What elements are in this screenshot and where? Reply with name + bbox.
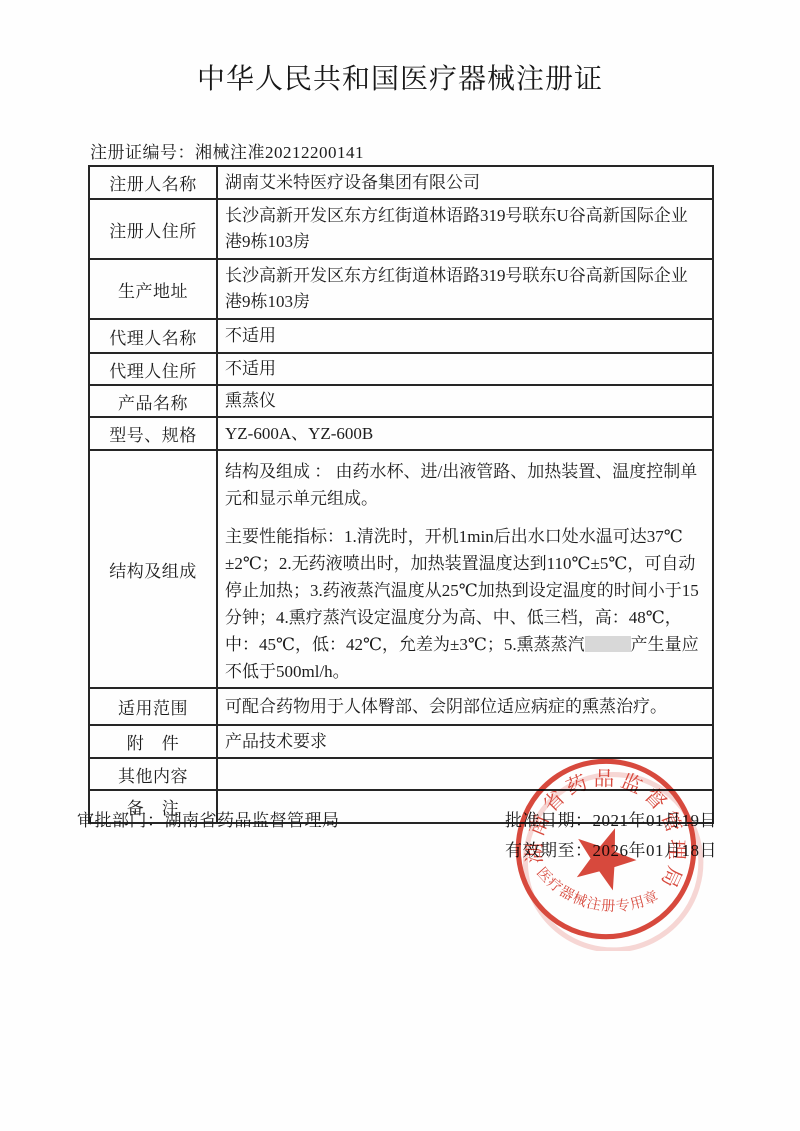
- table-row: 注册人住所 长沙高新开发区东方红街道林语路319号联东U谷高新国际企业港9栋10…: [89, 199, 713, 259]
- row-value: 不适用: [217, 319, 713, 353]
- table-row: 生产地址 长沙高新开发区东方红街道林语路319号联东U谷高新国际企业港9栋103…: [89, 259, 713, 319]
- table-row: 代理人名称 不适用: [89, 319, 713, 353]
- performance-text-before: 主要性能指标：1.清洗时，开机1min后出水口处水温可达37℃±2℃；2.无药液…: [225, 527, 699, 654]
- registration-number-label: 注册证编号：: [90, 143, 195, 162]
- table-row: 产品名称 熏蒸仪: [89, 385, 713, 417]
- table-row-structure: 结构及组成 结构及组成 ： 由药水杯、进/出液管路、加热装置、温度控制单元和显示…: [89, 450, 713, 688]
- registration-number-line: 注册证编号：湘械注准20212200141: [90, 138, 364, 163]
- row-label: 适用范围: [89, 688, 217, 725]
- structure-paragraph: 结构及组成 ： 由药水杯、进/出液管路、加热装置、温度控制单元和显示单元组成。: [225, 458, 702, 512]
- row-value: 产品技术要求: [217, 725, 713, 758]
- row-label: 注册人住所: [89, 199, 217, 259]
- valid-until-date: 有效期至：2026年01月18日: [505, 836, 717, 866]
- row-label: 结构及组成: [89, 450, 217, 688]
- row-label: 注册人名称: [89, 166, 217, 199]
- row-value: 长沙高新开发区东方红街道林语路319号联东U谷高新国际企业港9栋103房: [217, 259, 713, 319]
- row-label: 代理人名称: [89, 319, 217, 353]
- certificate-table: 注册人名称 湖南艾米特医疗设备集团有限公司 注册人住所 长沙高新开发区东方红街道…: [88, 165, 714, 824]
- row-label: 代理人住所: [89, 353, 217, 385]
- table-row: 注册人名称 湖南艾米特医疗设备集团有限公司: [89, 166, 713, 199]
- row-label: 型号、规格: [89, 417, 217, 450]
- approval-department-label: 审批部门：: [77, 811, 165, 830]
- row-value: 熏蒸仪: [217, 385, 713, 417]
- table-row: 适用范围 可配合药物用于人体臀部、会阴部位适应病症的熏蒸治疗。: [89, 688, 713, 725]
- table-row: 其他内容: [89, 758, 713, 790]
- row-label: 生产地址: [89, 259, 217, 319]
- valid-until-value: 2026年01月18日: [593, 841, 718, 860]
- row-value: 湖南艾米特医疗设备集团有限公司: [217, 166, 713, 199]
- approval-department-value: 湖南省药品监督管理局: [165, 811, 340, 830]
- row-value: YZ-600A、YZ-600B: [217, 417, 713, 450]
- row-value: 可配合药物用于人体臀部、会阴部位适应病症的熏蒸治疗。: [217, 688, 713, 725]
- row-value: 不适用: [217, 353, 713, 385]
- approval-date: 批准日期：2021年01月19日: [505, 806, 717, 836]
- valid-until-label: 有效期至：: [505, 841, 593, 860]
- approval-department: 审批部门：湖南省药品监督管理局: [77, 806, 340, 831]
- approval-date-value: 2021年01月19日: [593, 811, 718, 830]
- table-row: 代理人住所 不适用: [89, 353, 713, 385]
- redacted-region: [585, 636, 631, 652]
- approval-date-label: 批准日期：: [505, 811, 593, 830]
- performance-paragraph: 主要性能指标：1.清洗时，开机1min后出水口处水温可达37℃±2℃；2.无药液…: [225, 523, 702, 685]
- certificate-page: 中华人民共和国医疗器械注册证 注册证编号：湘械注准20212200141 注册人…: [0, 0, 800, 1131]
- table-row: 型号、规格 YZ-600A、YZ-600B: [89, 417, 713, 450]
- registration-number-value: 湘械注准20212200141: [195, 143, 364, 162]
- row-value: 长沙高新开发区东方红街道林语路319号联东U谷高新国际企业港9栋103房: [217, 199, 713, 259]
- structure-composition-cell: 结构及组成 ： 由药水杯、进/出液管路、加热装置、温度控制单元和显示单元组成。 …: [217, 450, 713, 688]
- table-row: 附 件 产品技术要求: [89, 725, 713, 758]
- row-label: 其他内容: [89, 758, 217, 790]
- seal-bottom-text: 医疗器械注册专用章: [528, 861, 665, 926]
- document-title: 中华人民共和国医疗器械注册证: [0, 62, 800, 98]
- row-label: 产品名称: [89, 385, 217, 417]
- row-value: [217, 758, 713, 790]
- footer-dates: 批准日期：2021年01月19日 有效期至：2026年01月18日: [505, 806, 717, 866]
- row-label: 附 件: [89, 725, 217, 758]
